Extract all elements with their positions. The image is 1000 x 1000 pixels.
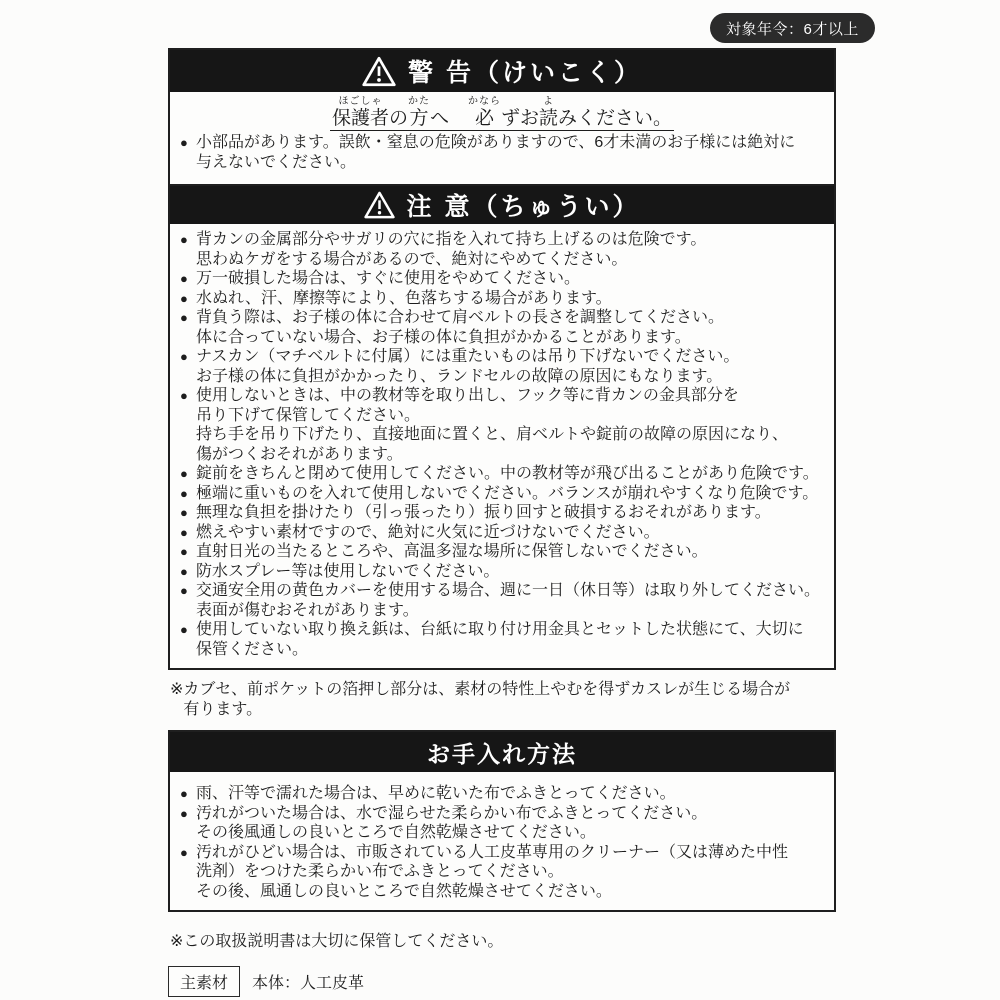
warning-triangle-icon <box>362 56 396 87</box>
base-text: の <box>389 108 408 129</box>
list-item: ●錠前をきちんと閉めて使用してください。中の教材等が飛び出ることがあり危険です。 <box>180 464 824 484</box>
item-text: 汚れがひどい場合は、市販されている人工皮革専用のクリーナー（又は薄めた中性洗剤）… <box>196 843 788 902</box>
list-item: ●水ぬれ、汗、摩擦等により、色落ちする場合があります。 <box>180 289 824 309</box>
bullet-icon: ● <box>180 230 196 250</box>
item-text: 錠前をきちんと閉めて使用してください。中の教材等が飛び出ることがあり危険です。 <box>196 464 819 484</box>
furigana-text: かなら <box>468 96 501 108</box>
caution-section: 注 意（ちゅうい） ●背カンの金属部分やサガリの穴に指を入れて持ち上げるのは危険… <box>168 184 836 670</box>
item-text: 背カンの金属部分やサガリの穴に指を入れて持ち上げるのは危険です。思わぬケガをする… <box>196 230 706 269</box>
base-text: 保護者 <box>332 108 389 129</box>
warning-header-bar: 警 告（けいこく） <box>170 50 834 92</box>
list-item: ●無理な負担を掛けたり（引っ張ったり）振り回すと破損するおそれがあります。 <box>180 503 824 523</box>
bullet-icon: ● <box>180 347 196 367</box>
warning-title: 警 告（けいこく） <box>408 53 642 89</box>
note-marker: ※ <box>170 680 183 720</box>
bullet-icon: ● <box>180 484 196 504</box>
bullet-icon: ● <box>180 503 196 523</box>
item-text: 汚れがついた場合は、水で湿らせた柔らかい布でふきとってください。その後風通しの良… <box>196 804 707 843</box>
list-item: ●使用していない取り換え鋲は、台紙に取り付け用金具とセットした状態にて、大切に保… <box>180 620 824 659</box>
item-text: 極端に重いものを入れて使用しないでください。バランスが崩れやすくなり危険です。 <box>196 484 818 504</box>
ruby-segment: みください。 <box>558 96 672 129</box>
bullet-icon: ● <box>180 386 196 406</box>
list-item: ●燃えやすい素材ですので、絶対に火気に近づけないでください。 <box>180 523 824 543</box>
ruby-segment: かた方 <box>408 96 430 129</box>
base-text: 方 <box>409 108 428 129</box>
bullet-icon: ● <box>180 804 196 824</box>
item-text: 燃えやすい素材ですので、絶対に火気に近づけないでください。 <box>196 523 660 543</box>
list-item: ●直射日光の当たるところや、高温多湿な場所に保管しないでください。 <box>180 542 824 562</box>
list-item: ●使用しないときは、中の教材等を取り出し、フック等に背カンの金具部分を吊り下げて… <box>180 386 824 464</box>
list-item: ●背負う際は、お子様の体に合わせて肩ベルトの長さを調整してください。体に合ってい… <box>180 308 824 347</box>
item-text: 小部品があります。誤飲・窒息の危険がありますので、6才未満のお子様には絶対に与え… <box>196 133 795 172</box>
furigana-text <box>613 96 617 108</box>
list-item: ●背カンの金属部分やサガリの穴に指を入れて持ち上げるのは危険です。思わぬケガをす… <box>180 230 824 269</box>
furigana-text <box>447 96 451 108</box>
caution-header-bar: 注 意（ちゅうい） <box>170 186 834 224</box>
caution-list: ●背カンの金属部分やサガリの穴に指を入れて持ち上げるのは危険です。思わぬケガをす… <box>180 230 824 659</box>
caution-title: 注 意（ちゅうい） <box>407 187 641 223</box>
bullet-icon: ● <box>180 464 196 484</box>
ruby-segment: よ読 <box>539 96 558 129</box>
furigana-text <box>397 96 401 108</box>
item-text: 直射日光の当たるところや、高温多湿な場所に保管しないでください。 <box>196 542 708 562</box>
target-age-badge: 対象年令：6才以上 <box>710 13 875 43</box>
care-list: ●雨、汗等で濡れた場合は、早めに乾いた布でふきとってください。●汚れがついた場合… <box>180 784 824 901</box>
item-text: 水ぬれ、汗、摩擦等により、色落ちする場合があります。 <box>196 289 612 309</box>
item-text: 使用しないときは、中の教材等を取り出し、フック等に背カンの金具部分を吊り下げて保… <box>196 386 788 464</box>
material-label-box: 主素材 <box>168 966 240 997</box>
bullet-icon: ● <box>180 523 196 543</box>
note-marker: ※ <box>170 932 183 952</box>
furigana-text: ほごしゃ <box>338 96 382 108</box>
bullet-icon: ● <box>180 784 196 804</box>
item-text: 使用していない取り換え鋲は、台紙に取り付け用金具とセットした状態にて、大切に保管… <box>196 620 804 659</box>
ruby-segment: の <box>389 96 408 129</box>
list-item: ●極端に重いものを入れて使用しないでください。バランスが崩れやすくなり危険です。 <box>180 484 824 504</box>
list-item: ●雨、汗等で濡れた場合は、早めに乾いた布でふきとってください。 <box>180 784 824 804</box>
base-text: ずお <box>501 108 539 129</box>
base-text: みください。 <box>558 108 672 129</box>
list-item: ●ナスカン（マチベルトに付属）には重たいものは吊り下げないでください。お子様の体… <box>180 347 824 386</box>
list-item: ●汚れがついた場合は、水で湿らせた柔らかい布でふきとってください。その後風通しの… <box>180 804 824 843</box>
item-text: 背負う際は、お子様の体に合わせて肩ベルトの長さを調整してください。体に合っていな… <box>196 308 724 347</box>
list-item: ●防水スプレー等は使用しないでください。 <box>180 562 824 582</box>
furigana-text: よ <box>543 96 554 108</box>
warning-list: ●小部品があります。誤飲・窒息の危険がありますので、6才未満のお子様には絶対に与… <box>180 133 824 172</box>
list-item: ●万一破損した場合は、すぐに使用をやめてください。 <box>180 269 824 289</box>
warning-section: 警 告（けいこく） ほごしゃ保護者 のかた方 へ かなら必 ずおよ読 みください… <box>168 48 836 186</box>
main-column: 警 告（けいこく） ほごしゃ保護者 のかた方 へ かなら必 ずおよ読 みください… <box>168 48 836 997</box>
guardian-notice-wrap: ほごしゃ保護者 のかた方 へ かなら必 ずおよ読 みください。 <box>180 96 824 131</box>
item-text: 防水スプレー等は使用しないでください。 <box>196 562 499 582</box>
item-text: 無理な負担を掛けたり（引っ張ったり）振り回すと破損するおそれがあります。 <box>196 503 771 523</box>
guardian-notice: ほごしゃ保護者 のかた方 へ かなら必 ずおよ読 みください。 <box>330 96 674 131</box>
care-title: お手入れ方法 <box>427 736 577 769</box>
caution-triangle-icon <box>364 191 395 219</box>
care-header-bar: お手入れ方法 <box>170 732 834 772</box>
bullet-icon: ● <box>180 542 196 562</box>
base-text: 必 <box>475 108 494 129</box>
item-text: 雨、汗等で濡れた場合は、早めに乾いた布でふきとってください。 <box>196 784 676 804</box>
material-row: 主素材 本体：人工皮革 <box>168 966 836 997</box>
ruby-segment: ほごしゃ保護者 <box>332 96 389 129</box>
ruby-segment: かなら必 <box>468 96 501 129</box>
list-item: ●汚れがひどい場合は、市販されている人工皮革専用のクリーナー（又は薄めた中性洗剤… <box>180 843 824 902</box>
furigana-text: かた <box>408 96 430 108</box>
item-text: 交通安全用の黄色カバーを使用する場合、週に一日（休日等）は取り外してください。表… <box>196 581 820 620</box>
furigana-text <box>518 96 522 108</box>
care-section: お手入れ方法 ●雨、汗等で濡れた場合は、早めに乾いた布でふきとってください。●汚… <box>168 730 836 912</box>
bullet-icon: ● <box>180 269 196 289</box>
bullet-icon: ● <box>180 289 196 309</box>
bullet-icon: ● <box>180 620 196 640</box>
base-text: へ <box>430 108 468 129</box>
bullet-icon: ● <box>180 308 196 328</box>
caution-content: ●背カンの金属部分やサガリの穴に指を入れて持ち上げるのは危険です。思わぬケガをす… <box>170 224 834 668</box>
bullet-icon: ● <box>180 581 196 601</box>
instruction-sheet: 対象年令：6才以上 警 告（けいこく） ほごしゃ保護者 のかた方 へ かなら必 … <box>0 0 1000 1000</box>
bullet-icon: ● <box>180 562 196 582</box>
note-text: この取扱説明書は大切に保管してください。 <box>183 932 503 952</box>
list-item: ●小部品があります。誤飲・窒息の危険がありますので、6才未満のお子様には絶対に与… <box>180 133 824 172</box>
item-text: ナスカン（マチベルトに付属）には重たいものは吊り下げないでください。お子様の体に… <box>196 347 739 386</box>
material-caveat-note: ※カブセ、前ポケットの箔押し部分は、素材の特性上やむを得ずカスレが生じる場合が有… <box>170 680 836 720</box>
target-age-label: 対象年令：6才以上 <box>726 18 859 39</box>
base-text: 読 <box>539 108 558 129</box>
bullet-icon: ● <box>180 843 196 863</box>
ruby-segment: ずお <box>501 96 539 129</box>
list-item: ●交通安全用の黄色カバーを使用する場合、週に一日（休日等）は取り外してください。… <box>180 581 824 620</box>
material-value: 本体：人工皮革 <box>252 970 364 993</box>
keep-manual-note: ※この取扱説明書は大切に保管してください。 <box>170 932 836 952</box>
note-text: カブセ、前ポケットの箔押し部分は、素材の特性上やむを得ずカスレが生じる場合が有り… <box>183 680 790 720</box>
item-text: 万一破損した場合は、すぐに使用をやめてください。 <box>196 269 580 289</box>
care-content: ●雨、汗等で濡れた場合は、早めに乾いた布でふきとってください。●汚れがついた場合… <box>170 772 834 910</box>
bullet-icon: ● <box>180 133 196 153</box>
ruby-segment: へ <box>430 96 468 129</box>
warning-content: ほごしゃ保護者 のかた方 へ かなら必 ずおよ読 みください。 ●小部品がありま… <box>170 92 834 184</box>
